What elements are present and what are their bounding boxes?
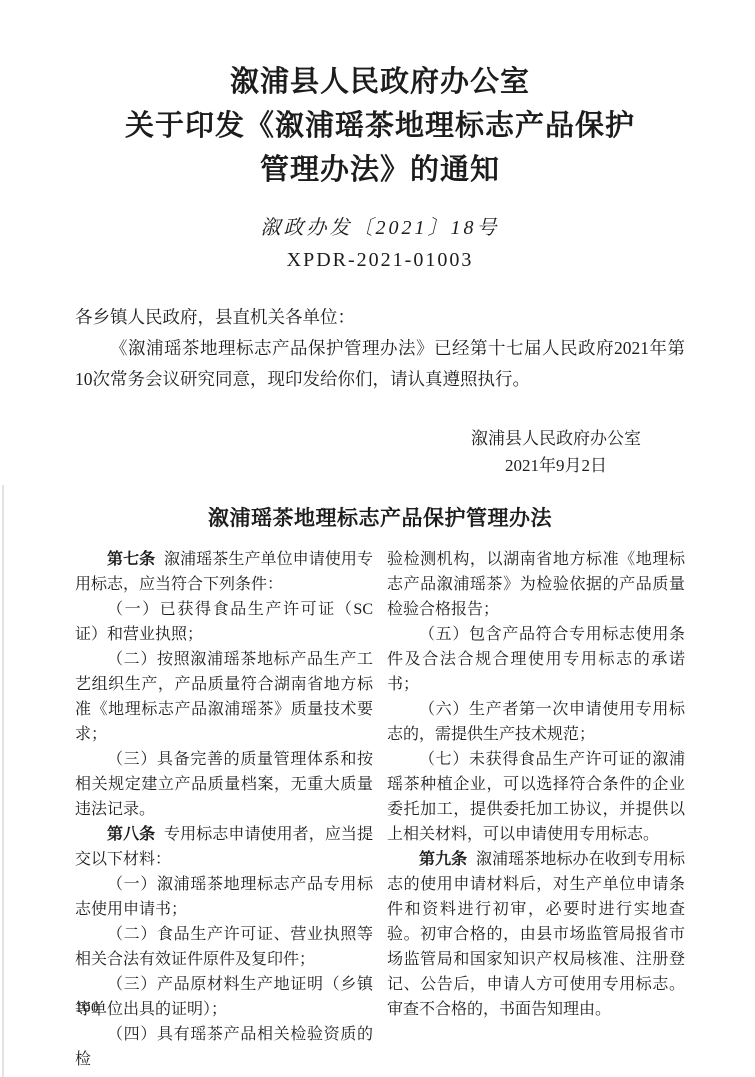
column-right: 验检测机构，以湖南省地方标准《地理标志产品溆浦瑶茶》为检验依据的产品质量检验合格… [387,547,685,1072]
regulation-paragraph: 验检测机构，以湖南省地方标准《地理标志产品溆浦瑶茶》为检验依据的产品质量检验合格… [387,547,685,622]
paragraph-text: （二）按照溆浦瑶茶地标产品生产工艺组织生产，产品质量符合湖南省地方标准《地理标志… [75,651,373,743]
regulation-paragraph: （二）食品生产许可证、营业执照等相关合法有效证件原件及复印件； [75,922,373,972]
paragraph-text: （二）食品生产许可证、营业执照等相关合法有效证件原件及复印件； [75,926,373,968]
document-content: 溆浦县人民政府办公室 关于印发《溆浦瑶茶地理标志产品保护 管理办法》的通知 溆政… [0,0,755,1072]
doc-title-line-3: 管理办法》的通知 [75,148,685,192]
doc-title-line-1: 溆浦县人民政府办公室 [75,60,685,104]
doc-number-block: 溆政办发〔2021〕18号 XPDR-2021-01003 [75,212,685,276]
salutation: 各乡镇人民政府，县直机关各单位： [75,302,685,333]
notice-block: 各乡镇人民政府，县直机关各单位： 《溆浦瑶茶地理标志产品保护管理办法》已经第十七… [75,302,685,395]
article-label: 第九条 [419,851,467,868]
regulation-paragraph: 第七条溆浦瑶茶生产单位申请使用专用标志，应当符合下列条件： [75,547,373,597]
doc-title: 溆浦县人民政府办公室 关于印发《溆浦瑶茶地理标志产品保护 管理办法》的通知 [75,60,685,192]
paragraph-text: （六）生产者第一次申请使用专用标志的，需提供生产技术规范； [387,701,685,743]
regulation-paragraph: （一）溆浦瑶茶地理标志产品专用标志使用申请书； [75,872,373,922]
paragraph-text: （五）包含产品符合专用标志使用条件及合法合规合理使用专用标志的承诺书； [387,626,685,693]
regulation-paragraph: （六）生产者第一次申请使用专用标志的，需提供生产技术规范； [387,697,685,747]
paragraph-text: 验检测机构，以湖南省地方标准《地理标志产品溆浦瑶茶》为检验依据的产品质量检验合格… [387,551,685,618]
regulation-paragraph: （五）包含产品符合专用标志使用条件及合法合规合理使用专用标志的承诺书； [387,622,685,697]
doc-title-line-2: 关于印发《溆浦瑶茶地理标志产品保护 [75,104,685,148]
regulation-title: 溆浦瑶茶地理标志产品保护管理办法 [75,503,685,533]
page-number: 100 [75,1000,99,1017]
paragraph-text: （一）溆浦瑶茶地理标志产品专用标志使用申请书； [75,876,373,918]
paragraph-text: （一）已获得食品生产许可证（SC证）和营业执照； [75,601,373,643]
signature-block: 溆浦县人民政府办公室 2021年9月2日 [471,425,641,479]
doc-number: 溆政办发〔2021〕18号 [75,212,685,244]
regulation-paragraph: （四）具有瑶茶产品相关检验资质的检 [75,1022,373,1072]
paragraph-text: （三）产品原材料生产地证明（乡镇等单位出具的证明）； [75,976,373,1018]
paragraph-text: （七）未获得食品生产许可证的溆浦瑶茶种植企业，可以选择符合条件的企业委托加工，提… [387,751,685,843]
article-label: 第七条 [107,551,155,568]
paragraph-text: （三）具备完善的质量管理体系和按相关规定建立产品质量档案，无重大质量违法记录。 [75,751,373,818]
column-left: 第七条溆浦瑶茶生产单位申请使用专用标志，应当符合下列条件： （一）已获得食品生产… [75,547,373,1072]
signature-date: 2021年9月2日 [471,452,641,479]
paragraph-text: （四）具有瑶茶产品相关检验资质的检 [75,1026,373,1068]
regulation-paragraph: （二）按照溆浦瑶茶地标产品生产工艺组织生产，产品质量符合湖南省地方标准《地理标志… [75,647,373,747]
regulation-paragraph: 第九条溆浦瑶茶地标办在收到专用标志的使用申请材料后，对生产单位申请条件和资料进行… [387,847,685,1022]
doc-code: XPDR-2021-01003 [75,244,685,276]
regulation-paragraph: （一）已获得食品生产许可证（SC证）和营业执照； [75,597,373,647]
signer-name: 溆浦县人民政府办公室 [471,425,641,452]
article-label: 第八条 [107,826,155,843]
notice-body: 《溆浦瑶茶地理标志产品保护管理办法》已经第十七届人民政府2021年第10次常务会… [75,333,685,395]
paragraph-text: 溆浦瑶茶地标办在收到专用标志的使用申请材料后，对生产单位申请条件和资料进行初审，… [387,851,685,1018]
regulation-paragraph: 第八条专用标志申请使用者，应当提交以下材料： [75,822,373,872]
regulation-paragraph: （三）具备完善的质量管理体系和按相关规定建立产品质量档案，无重大质量违法记录。 [75,747,373,822]
regulation-paragraph: （七）未获得食品生产许可证的溆浦瑶茶种植企业，可以选择符合条件的企业委托加工，提… [387,747,685,847]
regulation-columns: 第七条溆浦瑶茶生产单位申请使用专用标志，应当符合下列条件： （一）已获得食品生产… [75,547,685,1072]
regulation-paragraph: （三）产品原材料生产地证明（乡镇等单位出具的证明）； [75,972,373,1022]
document-page: 溆浦县人民政府办公室 关于印发《溆浦瑶茶地理标志产品保护 管理办法》的通知 溆政… [0,0,755,1077]
